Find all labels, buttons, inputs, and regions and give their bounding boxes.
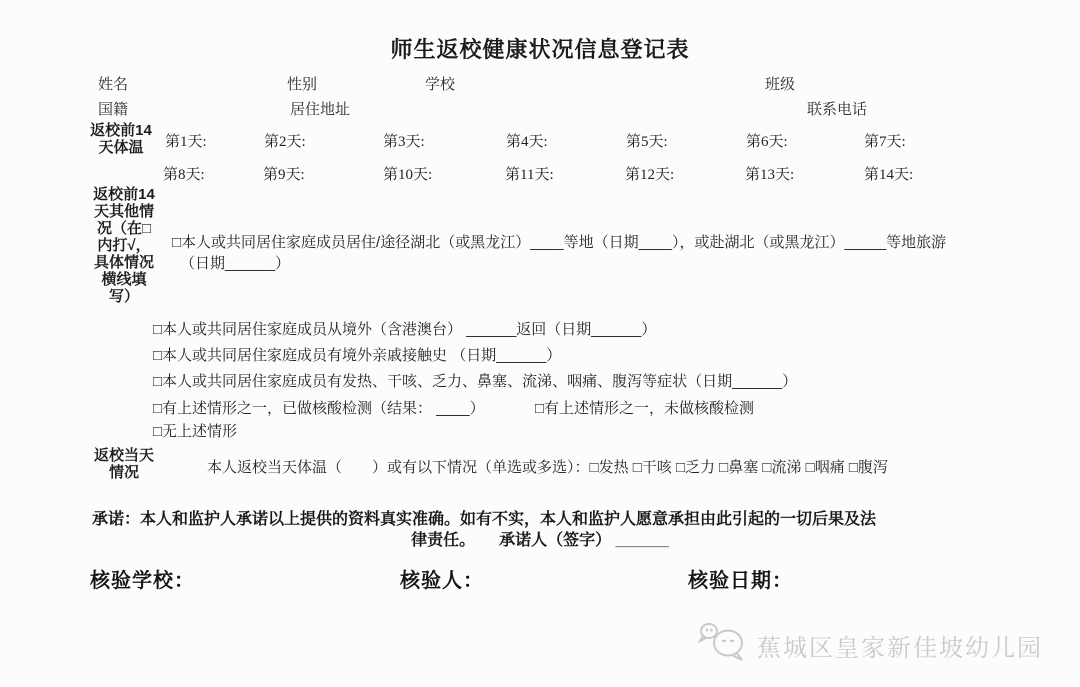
day3-label: 第3天: [383,130,425,151]
checkbox-item-abroad-return: □本人或共同居住家庭成员从境外（含港澳台） ______返回（日期______） [153,318,656,339]
verify-date-label: 核验日期： [688,564,793,593]
day8-label: 第8天: [163,163,205,184]
checkbox-item-not-tested: □有上述情形之一，未做核酸检测 [535,397,754,418]
other-label-line5: 具体情况 [86,254,162,271]
verify-person-label: 核验人： [400,564,484,593]
checkbox-item-abroad-contact: □本人或共同居住家庭成员有境外亲戚接触史 （日期______） [153,344,561,365]
checkbox-item-symptoms: □本人或共同居住家庭成员有发热、干咳、乏力、鼻塞、流涕、咽痛、腹泻等症状（日期_… [153,370,797,391]
address-field-label: 居住地址 [290,98,350,119]
return-day-section-label: 返校当天 情况 [88,447,160,481]
day5-label: 第5天: [626,130,668,151]
day10-label: 第10天: [383,163,432,184]
day6-label: 第6天: [746,130,788,151]
day11-label: 第11天: [505,163,554,184]
checkbox-item-hubei-line1: □本人或共同居住家庭成员居住/途径湖北（或黑龙江）____等地（日期____），… [172,231,946,252]
form-title: 师生返校健康状况信息登记表 [0,33,1080,64]
day14-label: 第14天: [864,163,913,184]
day9-label: 第9天: [263,163,305,184]
registration-form-sheet: 师生返校健康状况信息登记表 姓名 性别 学校 班级 国籍 居住地址 联系电话 返… [0,0,1080,687]
return-day-content: 本人返校当天体温（ ）或有以下情况（单选或多选）：□发热 □干咳 □乏力 □鼻塞… [207,456,888,477]
verify-school-label: 核验学校： [90,564,195,593]
day4-label: 第4天: [506,130,548,151]
other-label-line3: 况（在□ [86,220,162,237]
return-day-label-line1: 返校当天 [88,447,160,464]
phone-field-label: 联系电话 [807,98,867,119]
checkbox-item-hubei-line2: （日期______） [180,252,290,273]
other-conditions-section-label: 返校前14 天其他情 况（在□ 内打√， 具体情况 横线填 写） [86,186,162,305]
pledge-line1: 承诺：本人和监护人承诺以上提供的资料真实准确。如有不实，本人和监护人愿意承担由此… [92,506,876,529]
day13-label: 第13天: [745,163,794,184]
other-label-line1: 返校前14 [86,186,162,203]
class-field-label: 班级 [765,73,795,94]
gender-field-label: 性别 [287,73,317,94]
watermark-text: 蕉城区皇家新佳坡幼儿园 [757,628,1043,663]
name-field-label: 姓名 [98,73,128,94]
temperature-section-label: 返校前14 天体温 [86,122,156,156]
school-field-label: 学校 [425,73,455,94]
checkbox-item-tested: □有上述情形之一，已做核酸检测（结果： ____） [153,397,485,418]
other-label-line6: 横线填 [86,271,162,288]
checkbox-item-none: □无上述情形 [153,420,237,441]
return-day-label-line2: 情况 [88,464,160,481]
watermark: 蕉城区皇家新佳坡幼儿园 [697,620,1043,671]
day12-label: 第12天: [625,163,674,184]
temperature-label-line2: 天体温 [86,139,156,156]
pledge-line2: 律责任。 承诺人（签字） ______ [0,527,1080,550]
day1-label: 第1天: [165,130,207,151]
day2-label: 第2天: [264,130,306,151]
nationality-field-label: 国籍 [98,98,128,119]
temperature-label-line1: 返校前14 [86,122,156,139]
day7-label: 第7天: [864,130,906,151]
other-label-line4: 内打√， [86,237,162,254]
other-label-line7: 写） [86,288,162,305]
other-label-line2: 天其他情 [86,203,162,220]
wechat-logo-icon [697,620,749,671]
